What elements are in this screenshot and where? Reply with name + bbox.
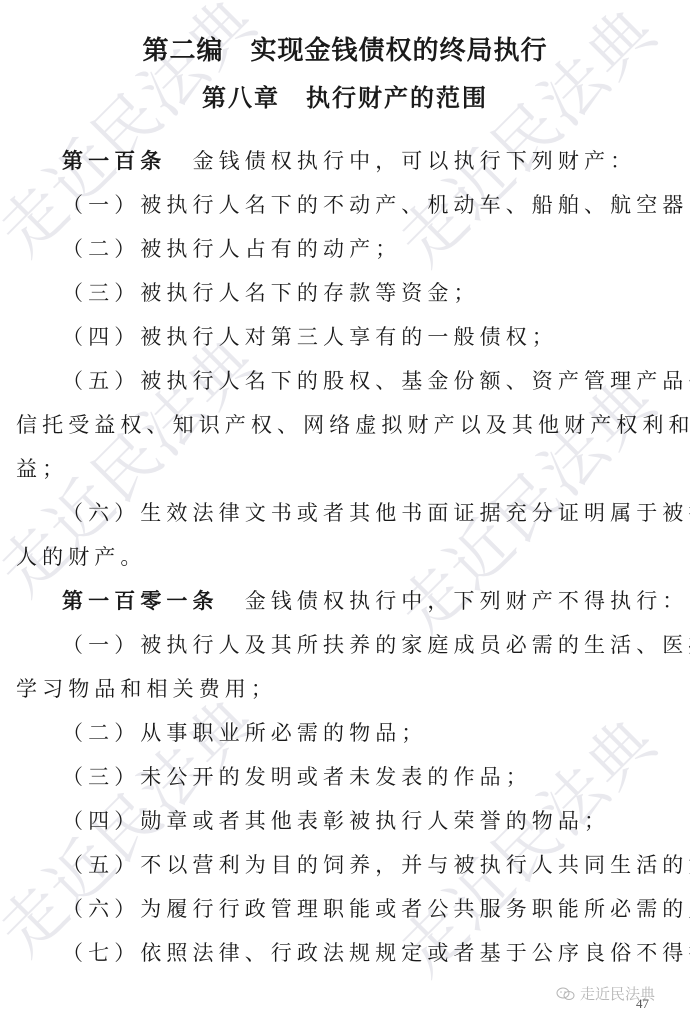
article-100-heading: 第一百条 金钱债权执行中，可以执行下列财产：: [62, 146, 636, 176]
text-line: （一）被执行人名下的不动产、机动车、船舶、航空器；: [62, 190, 690, 220]
article-101-heading: 第一百零一条 金钱债权执行中，下列财产不得执行：: [62, 586, 688, 616]
article-number: 第一百零一条: [62, 589, 219, 613]
text-line: 信托受益权、知识产权、网络虚拟财产以及其他财产权利和利: [16, 410, 690, 440]
page-number: 47: [636, 996, 649, 1012]
article-text: 金钱债权执行中，可以执行下列财产：: [166, 149, 636, 173]
text-line: （三）被执行人名下的存款等资金；: [62, 278, 480, 308]
article-number: 第一百条: [62, 149, 166, 173]
text-line: 益；: [16, 454, 68, 484]
text-line: （六）为履行行政管理职能或者公共服务职能所必需的财产；: [62, 894, 690, 924]
text-line: （一）被执行人及其所扶养的家庭成员必需的生活、医疗、: [62, 630, 690, 660]
article-text: 金钱债权执行中，下列财产不得执行：: [219, 589, 689, 613]
text-line: （四）被执行人对第三人享有的一般债权；: [62, 322, 558, 352]
document-page: 走近民法典 走近民法典 走近民法典 走近民法典 走近民法典 走近民法典 第二编 …: [0, 0, 690, 1021]
text-line: 学习物品和相关费用；: [16, 674, 277, 704]
text-line: （五）不以营利为目的饲养，并与被执行人共同生活的宠物；: [62, 850, 690, 880]
text-line: （五）被执行人名下的股权、基金份额、资产管理产品份额、: [62, 366, 690, 396]
chapter-title: 第八章 执行财产的范围: [0, 78, 690, 113]
text-line: （三）未公开的发明或者未发表的作品；: [62, 762, 532, 792]
text-line: （四）勋章或者其他表彰被执行人荣誉的物品；: [62, 806, 610, 836]
text-line: （六）生效法律文书或者其他书面证据充分证明属于被执行: [62, 498, 690, 528]
wechat-icon: [556, 987, 576, 1001]
part-title: 第二编 实现金钱债权的终局执行: [0, 30, 690, 67]
text-line: 人的财产。: [16, 542, 147, 572]
text-line: （二）被执行人占有的动产；: [62, 234, 401, 264]
text-line: （二）从事职业所必需的物品；: [62, 718, 427, 748]
text-line: （七）依照法律、行政法规规定或者基于公序良俗不得执行: [62, 938, 690, 968]
